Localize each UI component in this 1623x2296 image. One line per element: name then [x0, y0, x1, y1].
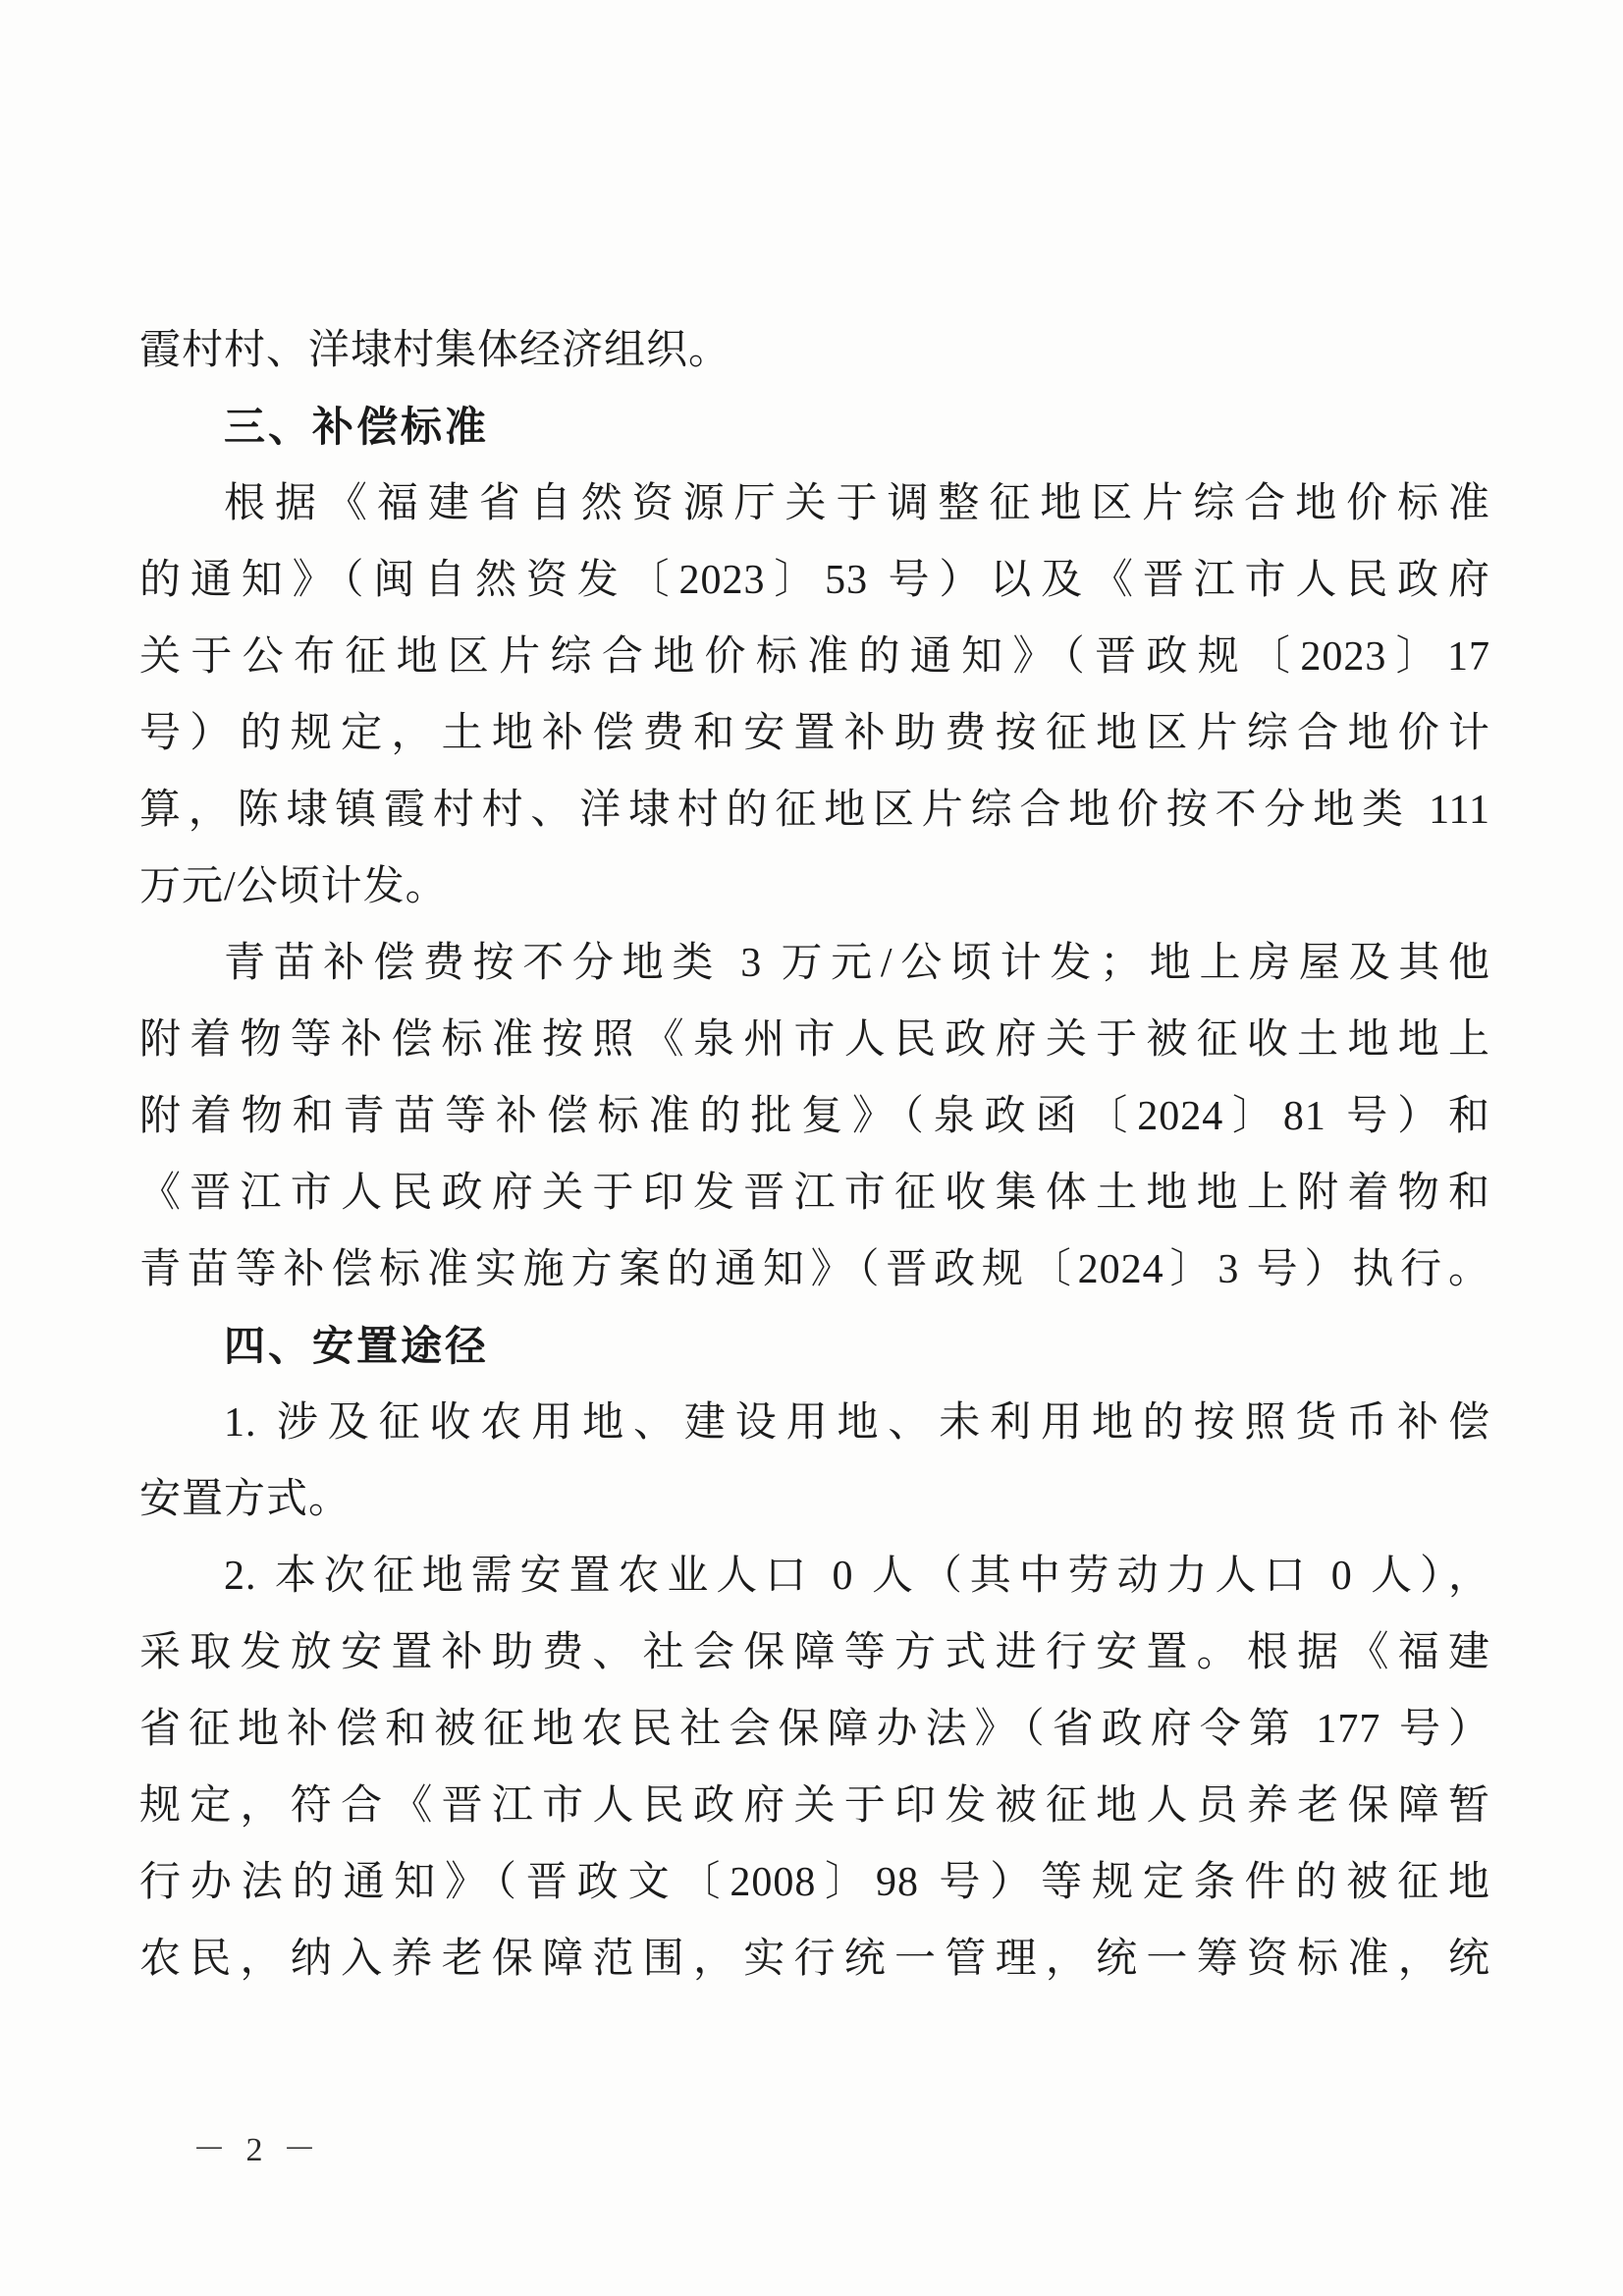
text-line: 2. 本次征地需安置农业人口 0 人（其中劳动力人口 0 人），: [139, 1538, 1490, 1614]
text-line: 号）的规定，土地补偿费和安置补助费按征地区片综合地价计: [139, 695, 1490, 772]
text-line: 关于公布征地区片综合地价标准的通知》（晋政规〔2023〕17: [139, 619, 1490, 695]
text-line: 根据《福建省自然资源厅关于调整征地区片综合地价标准: [139, 465, 1490, 542]
text-line: 附着物等补偿标准按照《泉州市人民政府关于被征收土地地上: [139, 1002, 1490, 1078]
text-line: 省征地补偿和被征地农民社会保障办法》（省政府令第 177 号）: [139, 1691, 1490, 1768]
page-number: － 2 －: [192, 2121, 322, 2180]
text-line: 农民，纳入养老保障范围，实行统一管理，统一筹资标准，统: [139, 1921, 1490, 1997]
text-line: 的通知》（闽自然资发〔2023〕53 号）以及《晋江市人民政府: [139, 542, 1490, 619]
section-heading-compensation-standards: 三、补偿标准: [139, 389, 1490, 465]
text-line: 1. 涉及征收农用地、建设用地、未利用地的按照货币补偿: [139, 1385, 1490, 1461]
text-line: 《晋江市人民政府关于印发晋江市征收集体土地地上附着物和: [139, 1155, 1490, 1231]
text-line: 算，陈埭镇霞村村、洋埭村的征地区片综合地价按不分地类 111: [139, 772, 1490, 848]
text-line: 霞村村、洋埭村集体经济组织。: [139, 312, 1490, 389]
text-line: 行办法的通知》（晋政文〔2008〕98 号）等规定条件的被征地: [139, 1844, 1490, 1921]
document-text: 霞村村、洋埭村集体经济组织。 三、补偿标准 根据《福建省自然资源厅关于调整征地区…: [139, 312, 1490, 1997]
text-line: 采取发放安置补助费、社会保障等方式进行安置。根据《福建: [139, 1614, 1490, 1691]
text-line: 青苗等补偿标准实施方案的通知》（晋政规〔2024〕3 号）执行。: [139, 1231, 1490, 1308]
text-line: 安置方式。: [139, 1461, 1490, 1538]
section-heading-resettlement-channels: 四、安置途径: [139, 1308, 1490, 1385]
text-line: 规定，符合《晋江市人民政府关于印发被征地人员养老保障暂: [139, 1768, 1490, 1844]
document-page: 霞村村、洋埭村集体经济组织。 三、补偿标准 根据《福建省自然资源厅关于调整征地区…: [0, 0, 1623, 2296]
text-line: 附着物和青苗等补偿标准的批复》（泉政函〔2024〕81 号）和: [139, 1078, 1490, 1155]
text-line: 万元/公顷计发。: [139, 848, 1490, 925]
text-line: 青苗补偿费按不分地类 3 万元/公顷计发；地上房屋及其他: [139, 925, 1490, 1002]
